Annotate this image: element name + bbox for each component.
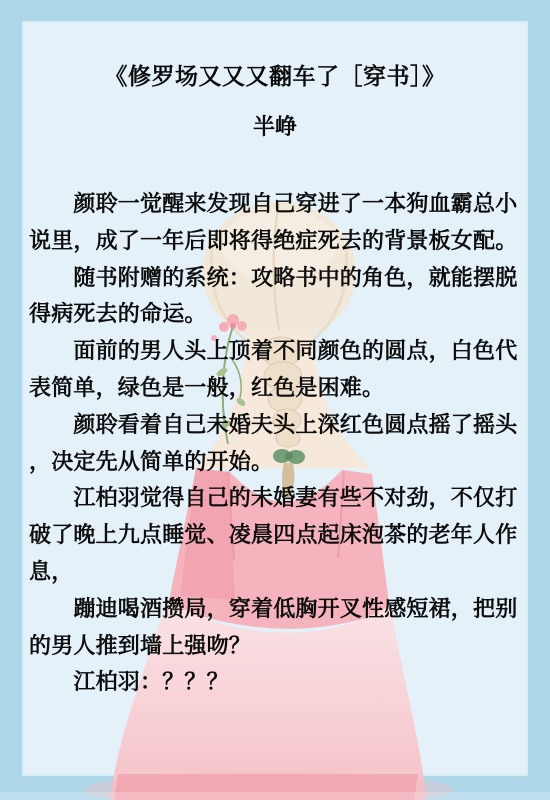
- intro-line: 破了晚上九点睡觉、凌晨四点起床泡茶的老年人作: [29, 517, 526, 554]
- book-title: 《修罗场又又又翻车了［穿书］》: [24, 60, 526, 94]
- book-intro-text: 颜聆一觉醒来发现自己穿进了一本狗血霸总小 说里，成了一年后即将得绝症死去的背景板…: [29, 186, 526, 701]
- intro-line: 颜聆一觉醒来发现自己穿进了一本狗血霸总小: [29, 186, 526, 223]
- book-intro-card: 《修罗场又又又翻车了［穿书］》 半峥 颜聆一觉醒来发现自己穿进了一本狗血霸总小 …: [0, 0, 550, 800]
- intro-line: 表简单，绿色是一般，红色是困难。: [29, 370, 526, 407]
- intro-line: 随书附赠的系统：攻略书中的角色，就能摆脱: [29, 260, 526, 297]
- intro-line: 江柏羽觉得自己的未婚妻有些不对劲，不仅打: [29, 480, 526, 517]
- intro-line: 蹦迪喝酒攒局，穿着低胸开叉性感短裙，把别: [29, 591, 526, 628]
- intro-line: 颜聆看着自己未婚夫头上深红色圆点摇了摇头: [29, 407, 526, 444]
- intro-line: 说里，成了一年后即将得绝症死去的背景板女配。: [29, 223, 526, 260]
- intro-line: 面前的男人头上顶着不同颜色的圆点，白色代: [29, 333, 526, 370]
- book-author: 半峥: [24, 112, 526, 142]
- intro-line: 的男人推到墙上强吻？: [29, 628, 526, 665]
- intro-line: 江柏羽：？？？: [29, 664, 526, 701]
- intro-line: 息，: [29, 554, 526, 591]
- intro-line: ，决定先从简单的开始。: [29, 444, 526, 481]
- intro-line: 得病死去的命运。: [29, 296, 526, 333]
